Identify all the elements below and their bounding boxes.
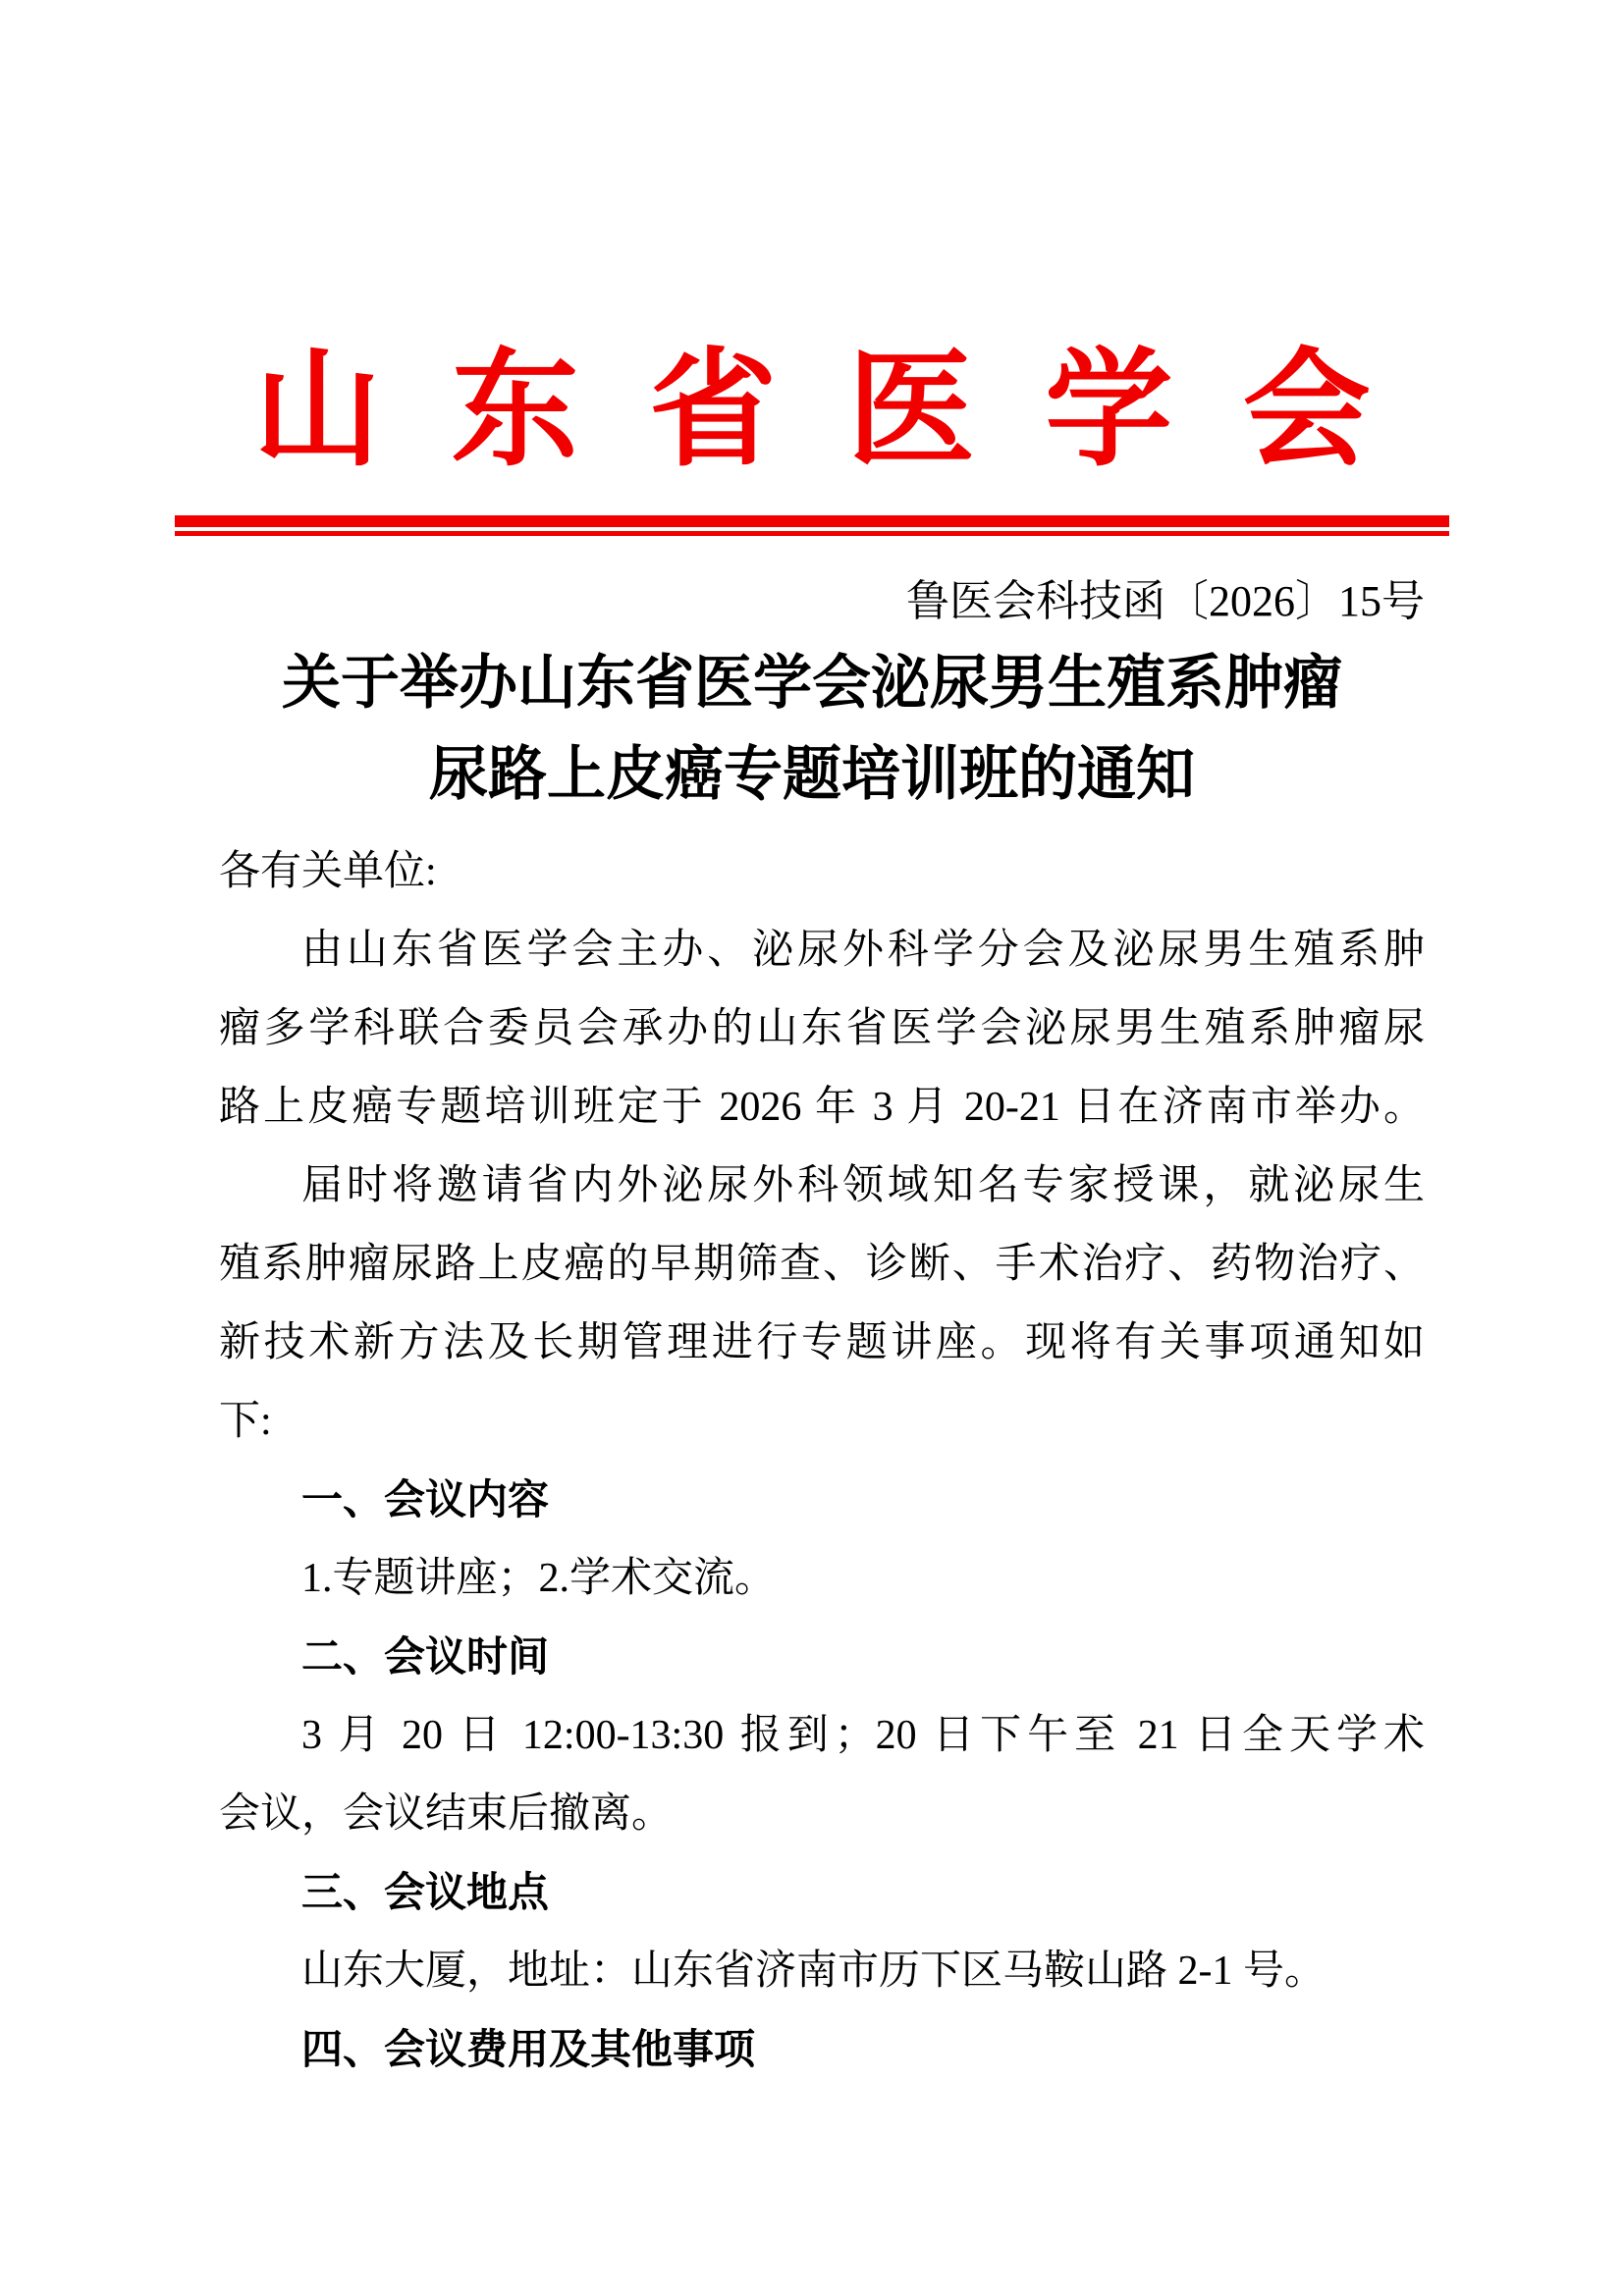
notice-title-line1: 关于举办山东省医学会泌尿男生殖系肿瘤	[0, 637, 1624, 728]
body-line: 殖系肿瘤尿路上皮癌的早期筛查、诊断、手术治疗、药物治疗、	[219, 1225, 1425, 1304]
section-heading: 三、会议地点	[219, 1853, 1425, 1932]
body-line: 各有关单位:	[219, 832, 1425, 911]
section-heading: 一、会议内容	[219, 1461, 1425, 1539]
body-line: 路上皮癌专题培训班定于 2026 年 3 月 20-21 日在济南市举办。	[219, 1068, 1425, 1147]
body-line: 届时将邀请省内外泌尿外科领域知名专家授课，就泌尿生	[219, 1147, 1425, 1225]
section-heading: 四、会议费用及其他事项	[219, 2010, 1425, 2089]
document-page: 山东省医学会 鲁医会科技函〔2026〕15号 关于举办山东省医学会泌尿男生殖系肿…	[0, 0, 1624, 2296]
notice-title-line2: 尿路上皮癌专题培训班的通知	[0, 728, 1624, 820]
body-line: 会议，会议结束后撤离。	[219, 1775, 1425, 1853]
body-line: 瘤多学科联合委员会承办的山东省医学会泌尿男生殖系肿瘤尿	[219, 989, 1425, 1068]
body-line: 3 月 20 日 12:00-13:30 报到；20 日下午至 21 日全天学术	[219, 1696, 1425, 1775]
letterhead-divider-rule	[175, 515, 1449, 536]
section-heading: 二、会议时间	[219, 1618, 1425, 1696]
body-line: 由山东省医学会主办、泌尿外科学分会及泌尿男生殖系肿	[219, 911, 1425, 989]
body-line: 下:	[219, 1382, 1425, 1461]
body-line: 新技术新方法及长期管理进行专题讲座。现将有关事项通知如	[219, 1304, 1425, 1382]
body-line: 1.专题讲座；2.学术交流。	[219, 1539, 1425, 1618]
body-line: 山东大厦，地址：山东省济南市历下区马鞍山路 2-1 号。	[219, 1932, 1425, 2010]
body-lines: 各有关单位:由山东省医学会主办、泌尿外科学分会及泌尿男生殖系肿瘤多学科联合委员会…	[219, 832, 1425, 2089]
doc-reference-number: 鲁医会科技函〔2026〕15号	[219, 577, 1425, 626]
notice-title: 关于举办山东省医学会泌尿男生殖系肿瘤 尿路上皮癌专题培训班的通知	[0, 637, 1624, 820]
letterhead-org-name: 山东省医学会	[0, 346, 1624, 478]
